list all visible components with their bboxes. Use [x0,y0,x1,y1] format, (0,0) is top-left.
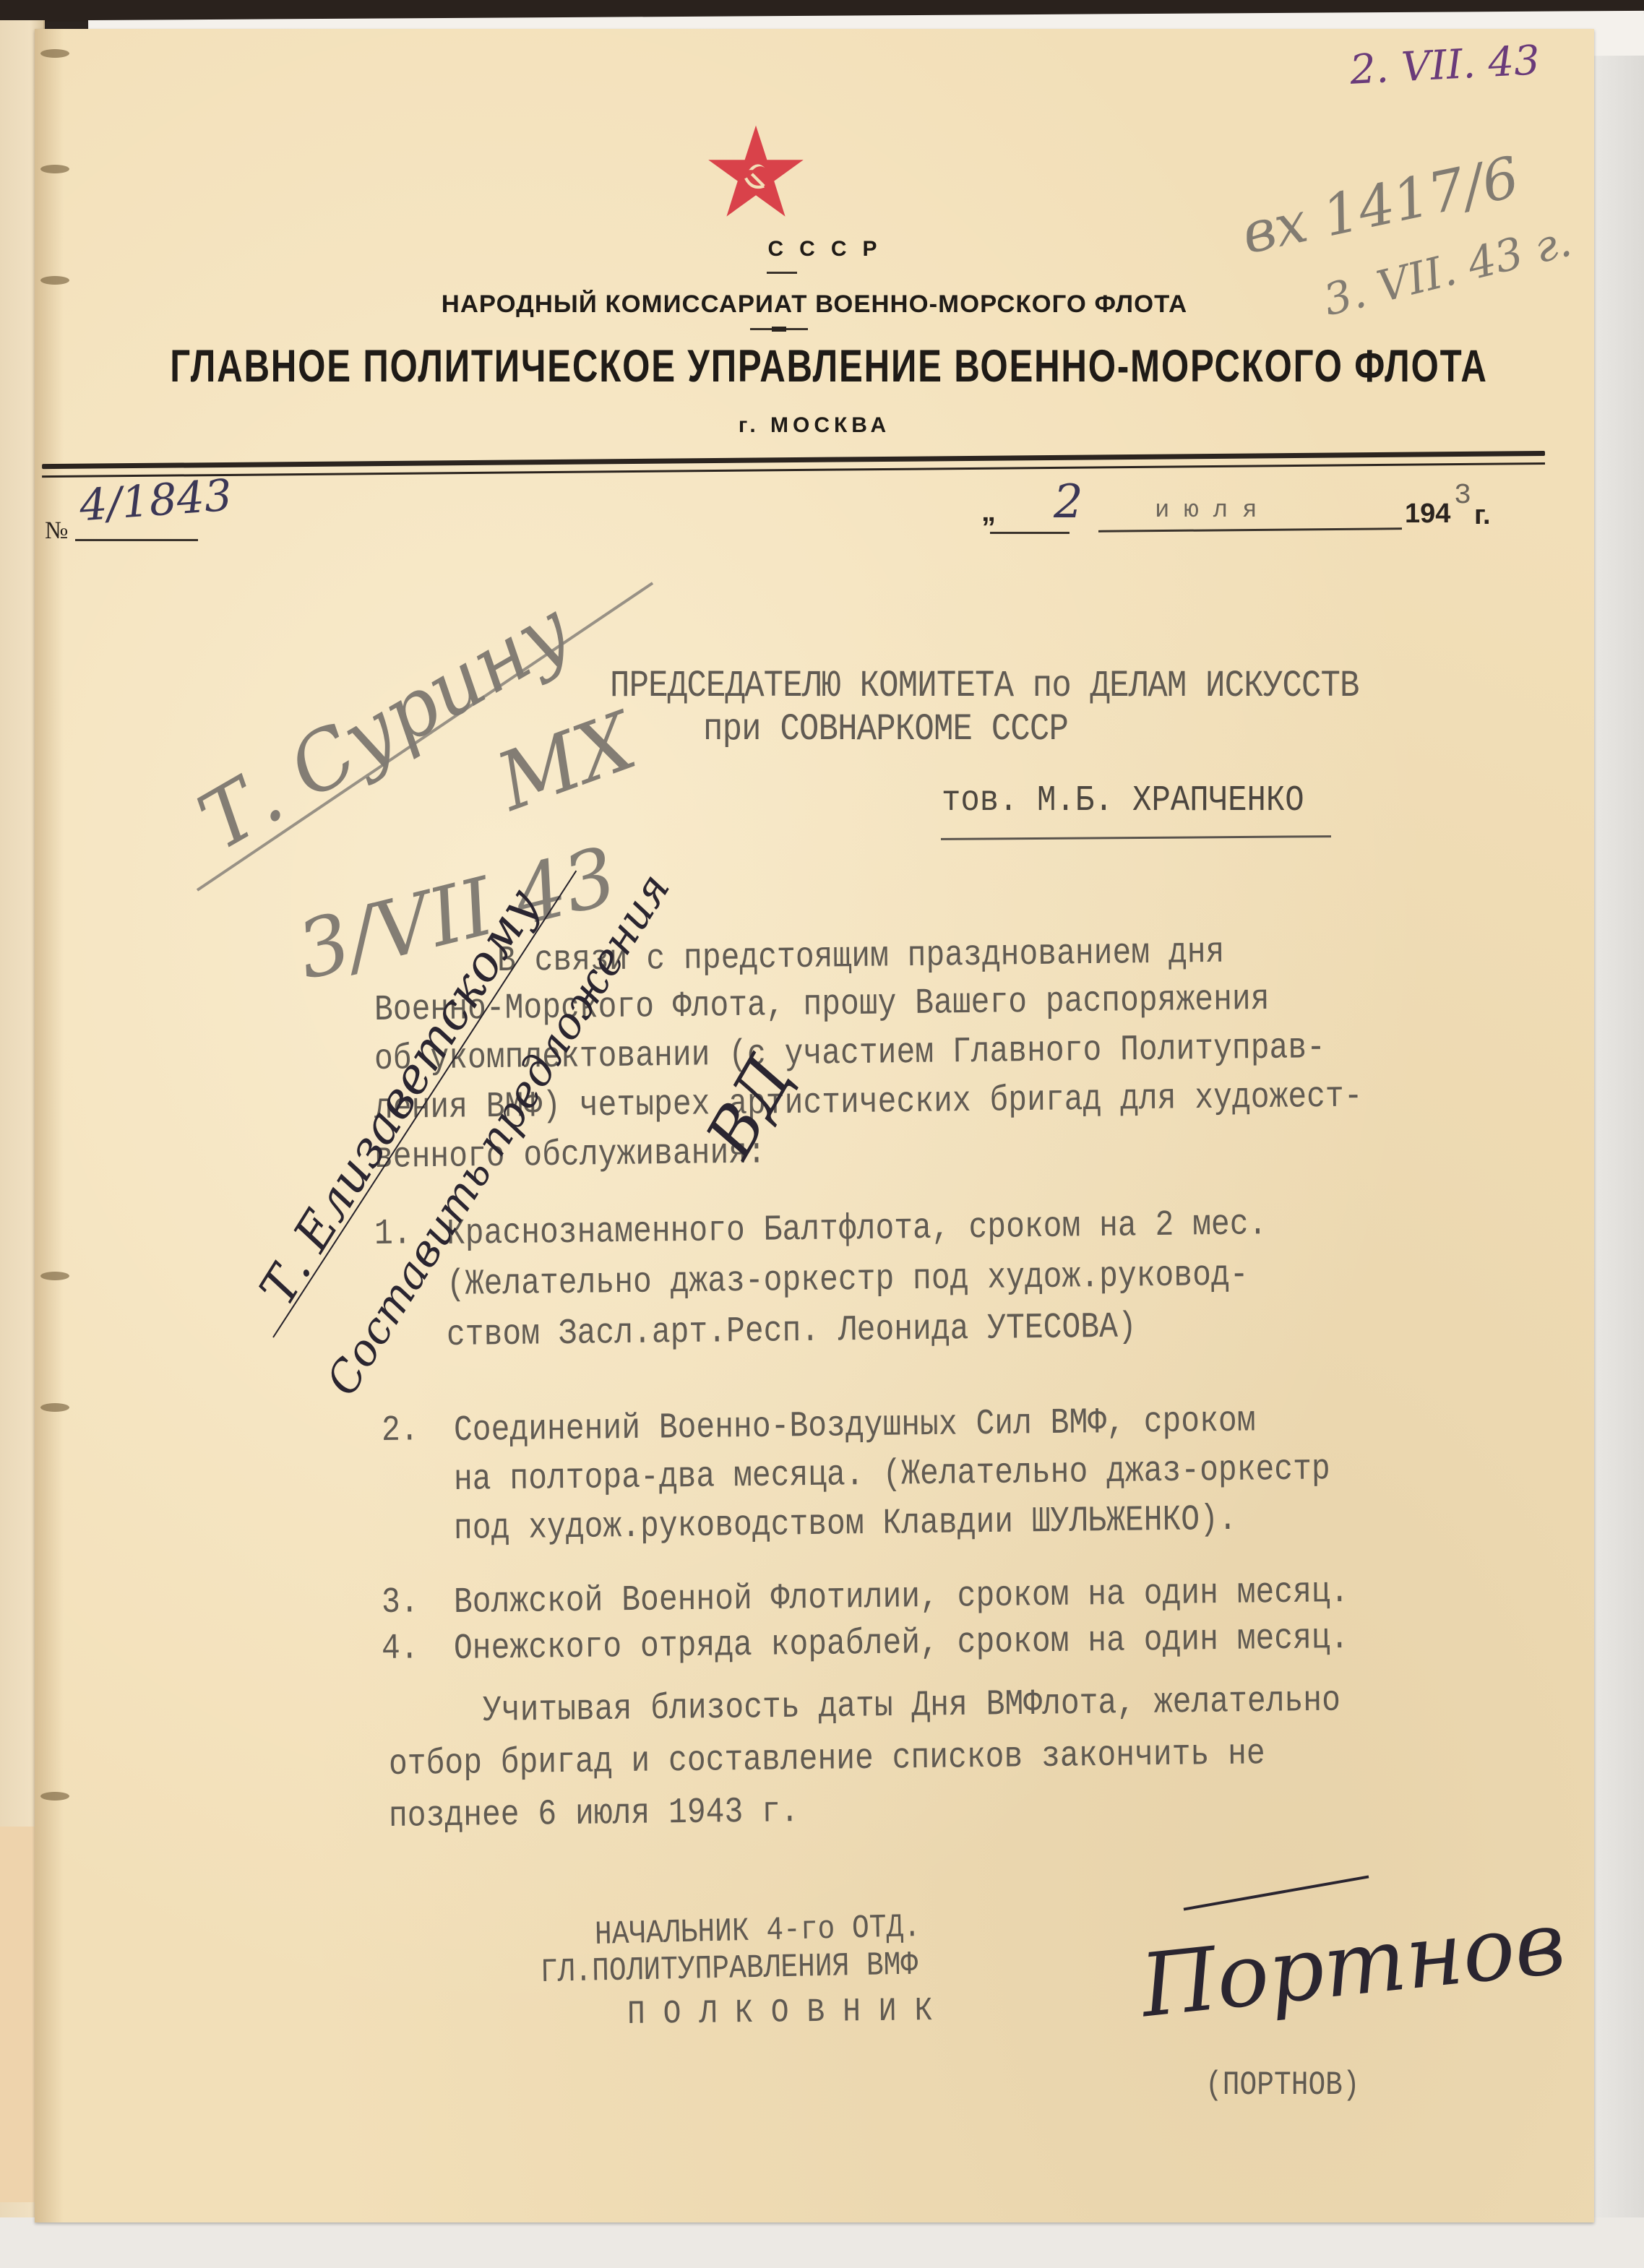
country-label: СССР [35,237,1610,262]
date-rule [1098,527,1402,532]
list-item-line: ством Засл.арт.Респ. Леонида УТЕСОВА) [447,1306,1137,1356]
signature-stroke [1184,1875,1369,1910]
closing-line: Учитывая близость даты Дня ВМФлота, жела… [483,1681,1340,1732]
date-year-suffix: 3 [1454,480,1471,512]
punch-hole [40,1403,69,1412]
receipt-date-annotation: 2. VII. 43 [1348,37,1541,94]
document-page: СССР НАРОДНЫЙ КОМИССАРИАТ ВОЕННО-МОРСКОГ… [35,29,1594,2222]
reference-number-rule [75,539,198,541]
reference-number-value: 4/1843 [78,470,233,532]
handwritten-signature: Портнов [1136,1893,1570,2038]
punch-hole [40,165,69,173]
red-star-hammer-sickle-icon [705,121,806,223]
list-item-line: на полтора-два месяца. (Желательно джаз-… [454,1449,1330,1501]
list-item-line: Волжской Военной Флотилии, сроком на оди… [454,1571,1349,1624]
signatory-rank: П О Л К О В Н И К [627,1992,933,2033]
date-day: 2 [1054,475,1083,529]
date-year-prefix: 194 [1405,499,1450,530]
punch-hole [40,1272,69,1280]
list-item-line: (Желательно джаз-оркестр под худож.руков… [447,1254,1249,1306]
closing-line: отбор бригад и составление списков закон… [389,1733,1265,1785]
list-item-line: Онежского отряда кораблей, сроком на оди… [454,1618,1349,1670]
addressee-underline [941,835,1331,840]
signatory-name: (ПОРТНОВ) [1205,2066,1360,2104]
list-item-number: 2. [382,1410,419,1452]
list-item-number: 3. [382,1582,419,1624]
reference-number-label: № [45,517,68,545]
punch-hole [40,276,69,285]
date-year-mark: г. [1474,500,1491,531]
addressee-name: тов. М.Б. ХРАПЧЕНКО [942,780,1304,822]
document-date: „ 2 июля 194 3 г. [981,490,1559,548]
list-item-line: Соединений Военно-Воздушных Сил ВМФ, сро… [454,1400,1256,1452]
list-item-line: под худож.руководством Клавдии ШУЛЬЖЕНКО… [454,1499,1237,1550]
date-month: июля [1155,497,1272,525]
addressee-line-1: ПРЕДСЕДАТЕЛЮ КОМИТЕТА по ДЕЛАМ ИСКУССТВ [610,665,1359,707]
divider [767,272,797,274]
punch-hole [40,1792,69,1801]
divider [750,328,808,330]
city-label: г. МОСКВА [35,413,1594,438]
addressee-line-2: при СОВНАРКОМЕ СССР [703,708,1068,751]
closing-line: позднее 6 июля 1943 г. [389,1791,799,1837]
date-quote: „ [981,496,996,528]
signatory-title-2: ГЛ.ПОЛИТУПРАВЛЕНИЯ ВМФ [541,1946,918,1991]
scan-background-right [1593,20,1644,2268]
scan-background-bottom [0,2217,1644,2268]
punch-hole [40,49,69,58]
list-item-line: Краснознаменного Балтфлота, сроком на 2 … [447,1204,1268,1255]
pencil-resolution-initials: МХ [486,694,647,829]
directorate-heading: ГЛАВНОЕ ПОЛИТИЧЕСКОЕ УПРАВЛЕНИЕ ВОЕННО-М… [142,340,1515,392]
body-intro-line: Военно-Морского Флота, прошу Вашего расп… [374,979,1270,1031]
date-rule [990,532,1070,534]
list-item-number: 4. [382,1628,419,1670]
